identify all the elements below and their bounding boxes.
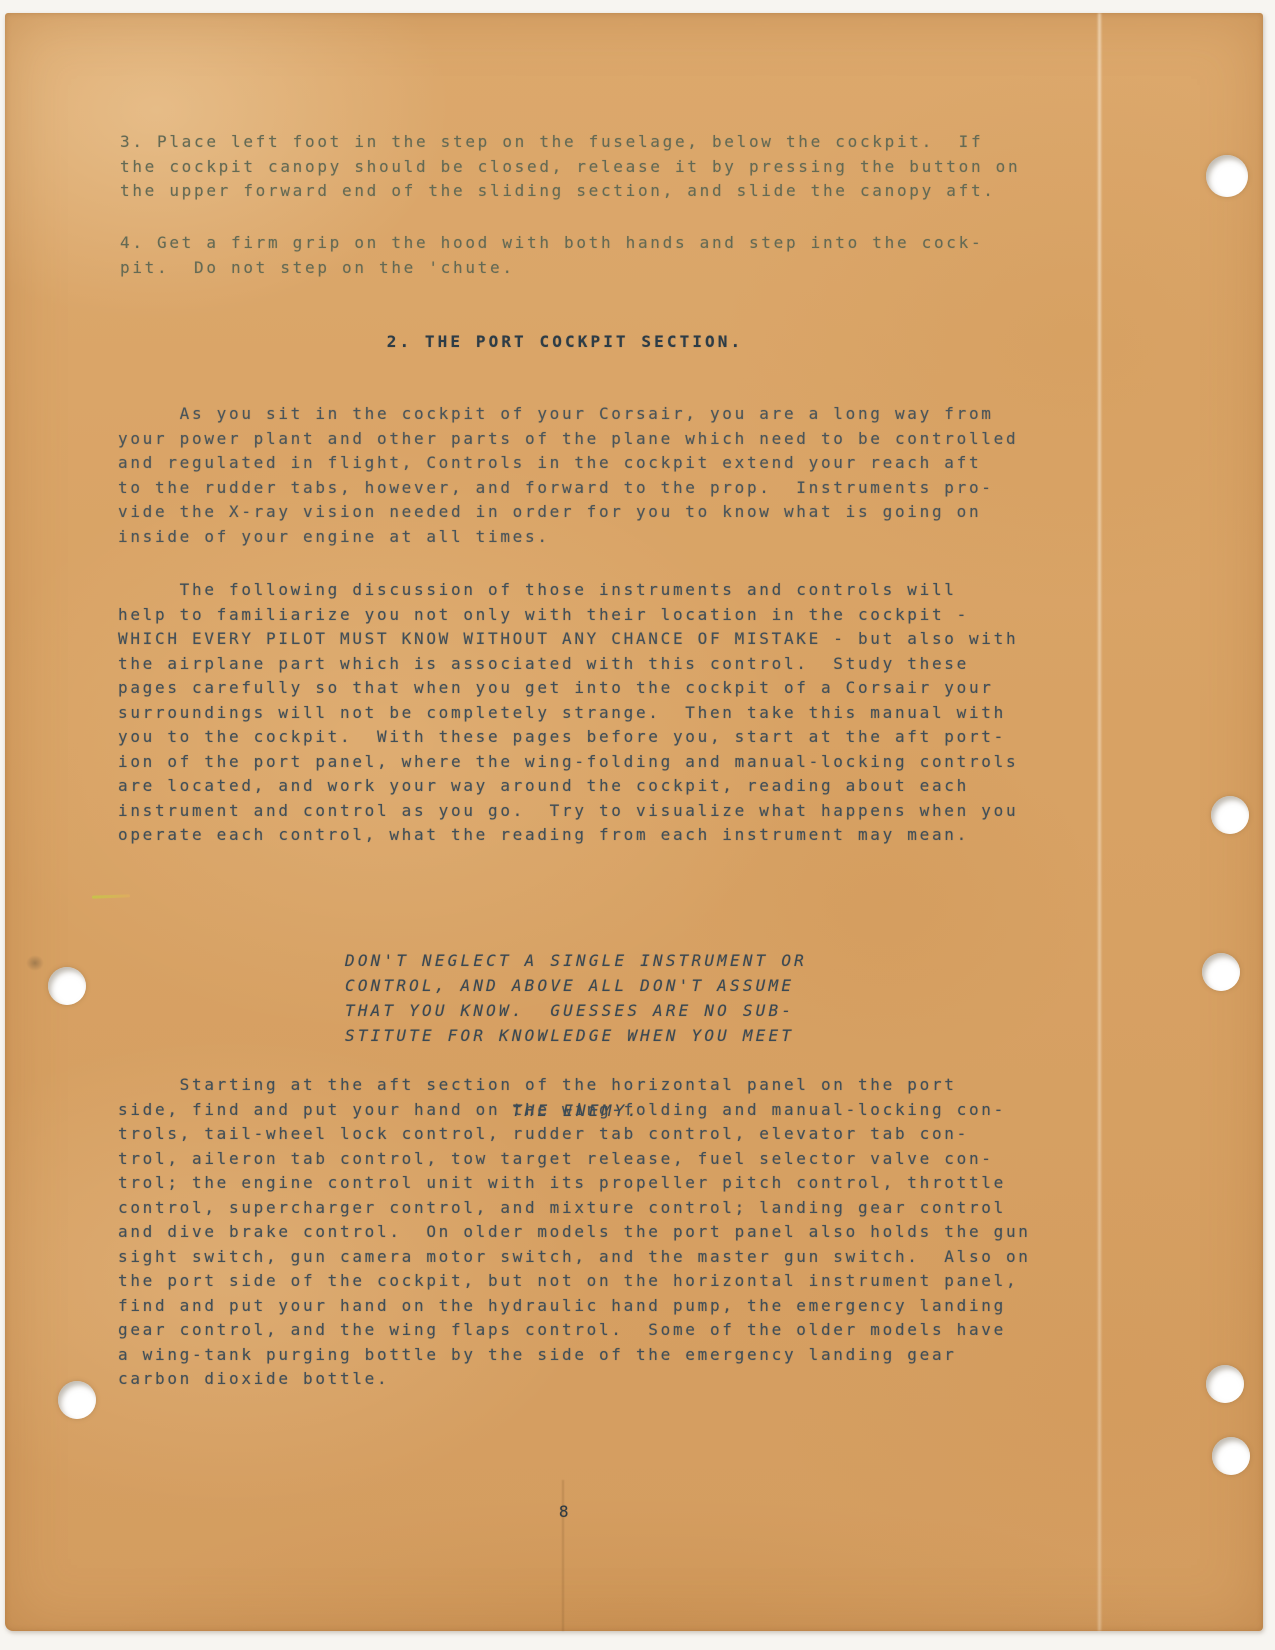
- starting-paragraph: Starting at the aft section of the horiz…: [118, 1073, 1031, 1392]
- section-heading: 2. THE PORT COCKPIT SECTION.: [120, 330, 1010, 355]
- punch-hole-right-5: [1212, 1437, 1250, 1475]
- punch-hole-right-2: [1211, 796, 1249, 834]
- paper-smudge: [26, 955, 44, 971]
- intro-paragraph: As you sit in the cockpit of your Corsai…: [118, 402, 1018, 549]
- punch-hole-left-1: [48, 967, 86, 1005]
- step-3-paragraph: 3. Place left foot in the step on the fu…: [120, 130, 1020, 204]
- punch-hole-right-1: [1206, 155, 1248, 197]
- paper-crease-right: [1098, 13, 1101, 1631]
- punch-hole-right-4: [1206, 1365, 1244, 1403]
- paper-scratch-mark: [92, 894, 130, 898]
- discussion-paragraph: The following discussion of those instru…: [118, 578, 1018, 848]
- punch-hole-left-2: [58, 1381, 96, 1419]
- step-4-paragraph: 4. Get a firm grip on the hood with both…: [120, 231, 983, 280]
- callout-lines: DON'T NEGLECT A SINGLE INSTRUMENT OR CON…: [345, 948, 807, 1048]
- punch-hole-right-3: [1202, 953, 1240, 991]
- page-number: 8: [120, 1500, 1010, 1525]
